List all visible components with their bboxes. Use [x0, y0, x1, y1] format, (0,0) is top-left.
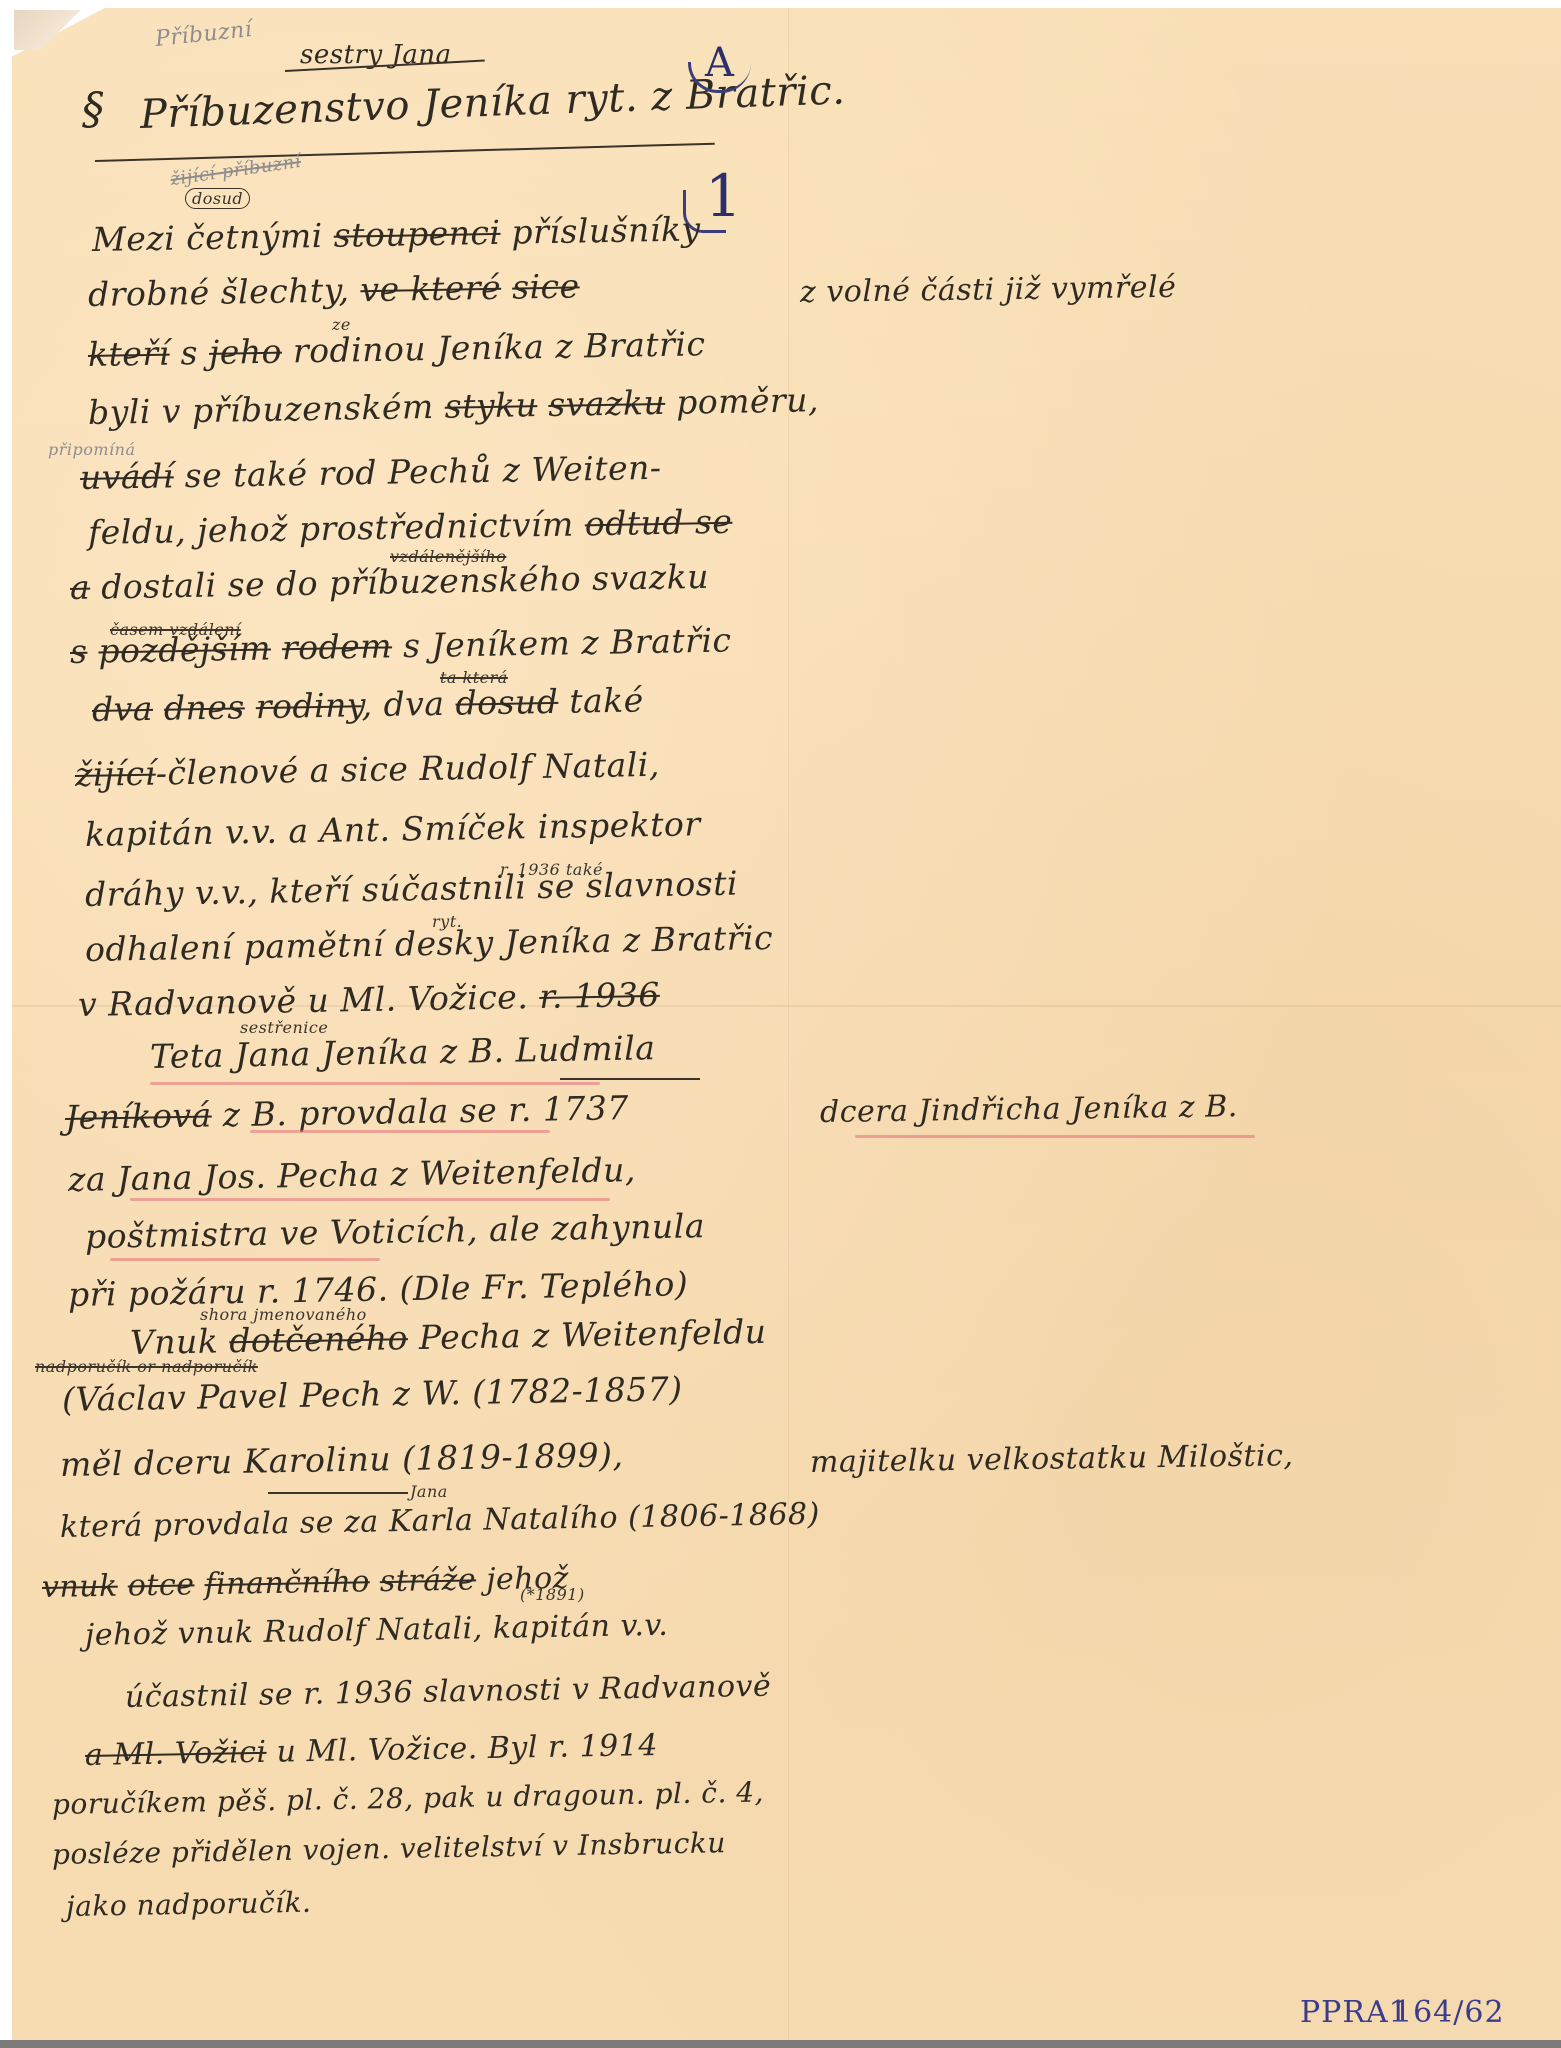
underline-karolina — [268, 1492, 408, 1494]
red-underline-1737 — [250, 1130, 550, 1133]
underline-ludmila — [560, 1078, 700, 1080]
insertion-1891: (*1891) — [520, 1585, 585, 1604]
folded-corner — [14, 10, 84, 50]
margin-note-1: z volné části již vymřelé — [800, 270, 1177, 310]
section-symbol: § — [82, 84, 105, 135]
insertion-jana: Jana — [410, 1482, 448, 1501]
insertion-pripomina: připomíná — [48, 440, 136, 459]
red-underline-pech — [130, 1198, 610, 1201]
red-underline-margin-note-2 — [855, 1135, 1255, 1138]
insertion-nadporucik: nadporučík or nadporučík — [35, 1357, 258, 1376]
below-title-circled: dosud — [185, 188, 250, 209]
margin-note-3: majitelku velkostatku Miloštic, — [810, 1438, 1294, 1480]
margin-note-2: dcera Jindřicha Jeníka z B. — [820, 1089, 1238, 1130]
red-underline-teta — [150, 1082, 600, 1085]
scan-bottom-edge — [0, 2040, 1561, 2048]
vertical-fold-crease — [788, 8, 790, 2040]
red-underline-postmistr — [110, 1258, 380, 1261]
text-line-30: jako nadporučík. — [66, 1886, 312, 1923]
archive-item-number: 164/62 — [1393, 1995, 1505, 2030]
